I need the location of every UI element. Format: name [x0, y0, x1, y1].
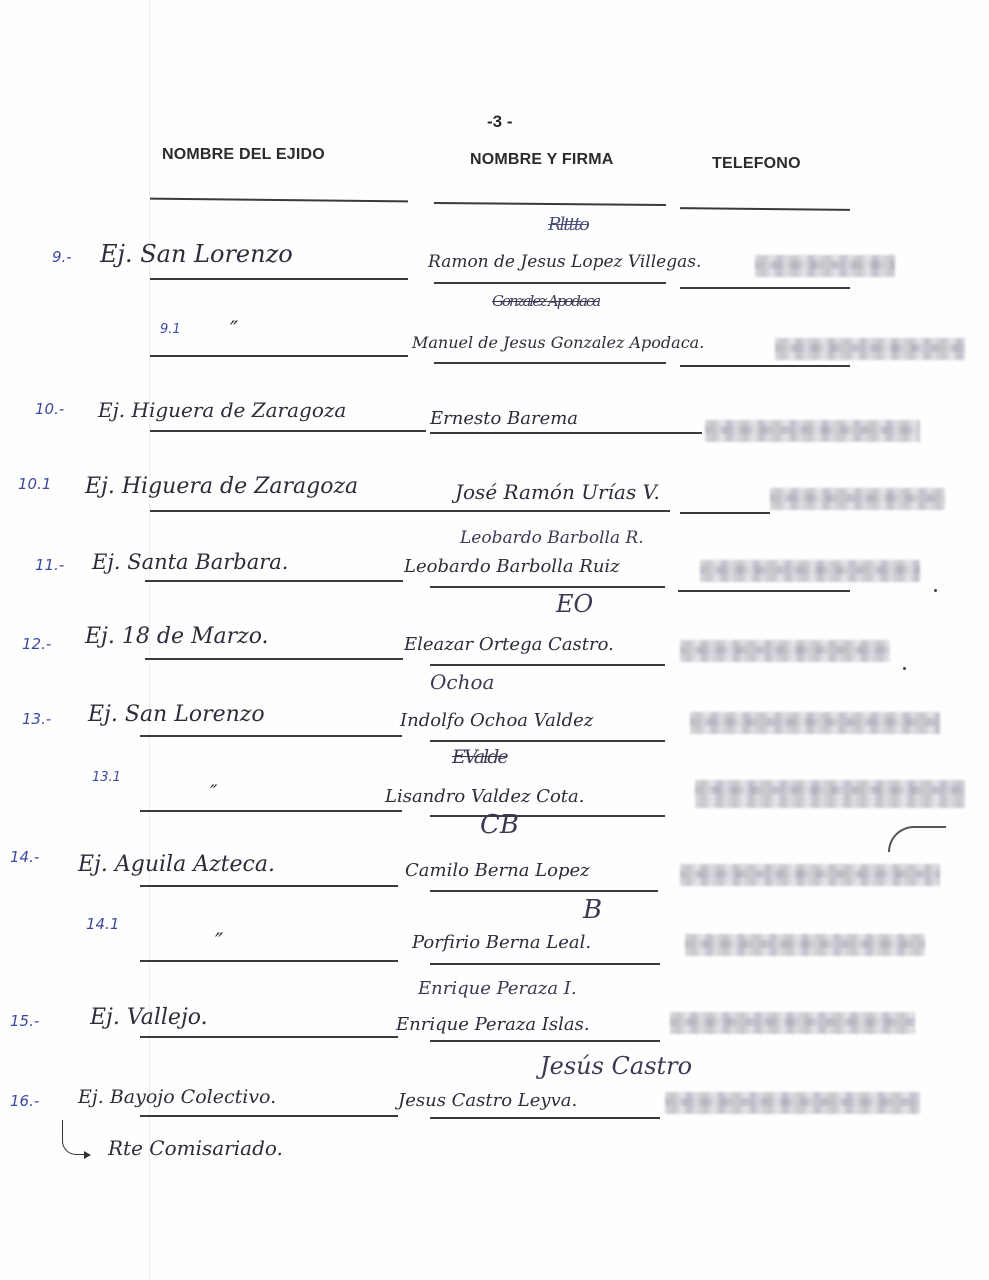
signature: EValde: [452, 746, 507, 768]
column-header-ejido: NOMBRE DEL EJIDO: [162, 146, 325, 164]
scanned-page: -3 - NOMBRE DEL EJIDO NOMBRE Y FIRMA TEL…: [0, 0, 989, 1280]
person-name: Indolfo Ochoa Valdez: [400, 710, 593, 731]
redacted-phone: [700, 560, 920, 582]
column-header-telefono: TELEFONO: [712, 155, 801, 173]
person-name: Lisandro Valdez Cota.: [385, 786, 584, 807]
ejido-name: Ej. 18 de Marzo.: [85, 624, 269, 649]
redacted-phone: [705, 420, 920, 442]
redacted-phone: [680, 640, 890, 662]
signature: Enrique Peraza I.: [418, 978, 577, 999]
redacted-phone: [770, 488, 945, 510]
row-number: 15.-: [10, 1012, 39, 1030]
person-name: Porfirio Berna Leal.: [412, 932, 591, 953]
row-rule: [430, 586, 665, 588]
row-rule: [430, 1040, 660, 1042]
row-rule: [150, 510, 670, 512]
ejido-name: Ej. Higuera de Zaragoza: [98, 398, 346, 422]
redacted-phone: [755, 255, 895, 277]
representative-note: Rte Comisariado.: [108, 1136, 283, 1160]
signature: B: [583, 895, 602, 925]
ink-dot: [903, 667, 906, 670]
redacted-phone: [665, 1092, 920, 1114]
row-number: 10.1: [18, 475, 51, 493]
row-rule: [140, 1036, 398, 1038]
row-number: 11.-: [35, 556, 64, 574]
row-rule: [430, 664, 665, 666]
row-rule: [430, 432, 702, 434]
redacted-phone: [670, 1012, 915, 1034]
row-rule: [430, 1117, 660, 1119]
person-name: Ramon de Jesus Lopez Villegas.: [428, 252, 701, 272]
row-rule: [680, 512, 770, 514]
person-name: Camilo Berna Lopez: [405, 860, 590, 881]
header-rule-ejido: [150, 198, 408, 202]
person-name: Leobardo Barbolla Ruiz: [404, 556, 620, 577]
signature: Leobardo Barbolla R.: [460, 528, 644, 548]
header-rule-nombre: [434, 202, 666, 206]
ink-dot: [934, 589, 937, 592]
person-name: José Ramón Urías V.: [455, 480, 660, 504]
row-rule: [150, 278, 408, 280]
redacted-phone: [775, 338, 965, 360]
row-rule: [680, 287, 850, 289]
row-rule: [140, 735, 402, 737]
ditto-mark: ″: [210, 780, 217, 804]
ejido-name: Ej. San Lorenzo: [88, 702, 265, 727]
person-name: Manuel de Jesus Gonzalez Apodaca.: [412, 333, 704, 352]
signature: Rlttto: [548, 214, 588, 235]
row-number: 12.-: [22, 635, 51, 653]
ejido-name: Ej. Vallejo.: [90, 1005, 208, 1030]
row-rule: [430, 890, 658, 892]
ejido-name: Ej. Santa Barbara.: [92, 550, 288, 574]
redacted-phone: [690, 712, 940, 734]
ejido-name: Ej. Bayojo Colectivo.: [78, 1086, 276, 1108]
row-rule: [145, 658, 403, 660]
row-number: 13.-: [22, 710, 51, 728]
person-name: Enrique Peraza Islas.: [396, 1014, 590, 1035]
ditto-mark: ″: [215, 930, 223, 955]
arrow-icon: [62, 1120, 85, 1155]
row-rule: [150, 355, 408, 357]
row-number: 10.-: [35, 400, 64, 418]
row-rule: [430, 740, 665, 742]
row-number: 16.-: [10, 1092, 39, 1110]
row-number: 14.-: [10, 848, 39, 866]
row-number: 14.1: [86, 915, 119, 933]
row-rule: [145, 580, 403, 582]
redacted-phone: [695, 780, 965, 808]
row-number: 13.1: [92, 770, 121, 785]
header-rule-telefono: [680, 207, 850, 210]
ejido-name: Ej. Aguila Azteca.: [78, 852, 275, 877]
row-rule: [140, 1115, 398, 1117]
person-name: Jesus Castro Leyva.: [398, 1090, 577, 1111]
person-name: Ernesto Barema: [430, 408, 578, 429]
column-header-nombre-firma: NOMBRE Y FIRMA: [470, 151, 614, 169]
ejido-name: Ej. San Lorenzo: [100, 240, 293, 268]
ejido-name: Ej. Higuera de Zaragoza: [85, 474, 358, 499]
row-rule: [140, 885, 398, 887]
signature: CB: [480, 810, 519, 840]
page-number: -3 -: [487, 112, 513, 132]
row-rule: [678, 590, 850, 592]
row-rule: [680, 365, 850, 367]
signature: Ochoa: [430, 670, 494, 694]
row-rule: [150, 430, 426, 432]
signature: Jesús Castro: [540, 1052, 692, 1080]
signature: EO: [556, 590, 593, 618]
row-rule: [430, 963, 660, 965]
redacted-phone: [680, 864, 940, 886]
row-rule: [434, 362, 666, 364]
row-rule: [140, 810, 402, 812]
signature: Gonzalez Apodaca: [492, 292, 599, 310]
ditto-mark: ″: [230, 318, 238, 343]
person-name: Eleazar Ortega Castro.: [404, 634, 614, 655]
ink-curve-mark: [888, 826, 946, 852]
row-rule: [434, 282, 666, 284]
row-number: 9.-: [52, 248, 72, 266]
row-rule: [140, 960, 398, 962]
redacted-phone: [685, 934, 925, 956]
row-number: 9.1: [160, 322, 181, 337]
row-rule: [430, 815, 665, 817]
